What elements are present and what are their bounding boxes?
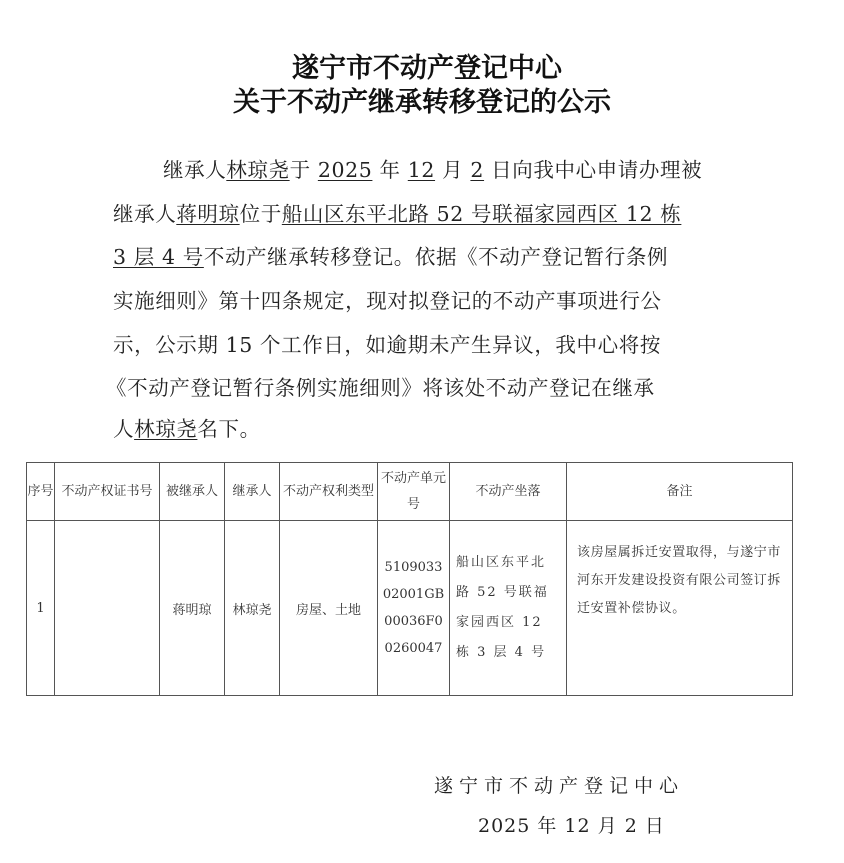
- body-text: 年: [372, 158, 407, 182]
- body-text: 月: [435, 158, 470, 182]
- cell-decedent: 蒋明琼: [160, 521, 225, 696]
- body-text: 于: [290, 158, 318, 182]
- body-text: 人: [113, 417, 134, 441]
- header-location: 不动产坐落: [450, 463, 567, 521]
- decedent-name: 蒋明琼: [176, 202, 239, 226]
- body-paragraph-line1: 继承人林琼尧于 2025 年 12 月 2 日向我中心申请办理被: [163, 153, 702, 183]
- application-month: 12: [408, 158, 435, 182]
- table-header-row: 序号 不动产权证书号 被继承人 继承人 不动产权利类型 不动产单元号 不动产坐落…: [27, 463, 793, 521]
- application-day: 2: [470, 158, 484, 182]
- cell-unit-no: 510903302001GB00036F00260047: [378, 521, 450, 696]
- cell-cert-no: [55, 521, 160, 696]
- body-paragraph-line7: 人林琼尧名下。: [113, 412, 261, 442]
- body-text: 继承人: [113, 202, 176, 226]
- cell-note: 该房屋属拆迁安置取得，与遂宁市河东开发建设投资有限公司签订拆迁安置补偿协议。: [567, 521, 793, 696]
- body-paragraph-line2: 继承人蒋明琼位于船山区东平北路 52 号联福家园西区 12 栋: [113, 197, 681, 227]
- body-paragraph-line5: 示，公示期 15 个工作日，如逾期未产生异议，我中心将按: [113, 328, 661, 358]
- cell-heir: 林琼尧: [225, 521, 280, 696]
- header-note: 备注: [567, 463, 793, 521]
- signature-organization: 遂宁市不动产登记中心: [434, 771, 684, 798]
- signature-date: 2025 年 12 月 2 日: [478, 811, 665, 838]
- heir-name: 林琼尧: [226, 158, 289, 182]
- cell-right-type: 房屋、土地: [280, 521, 378, 696]
- body-text: 日向我中心申请办理被: [484, 158, 702, 182]
- property-address-cont: 3 层 4 号: [113, 245, 204, 269]
- header-cert-no: 不动产权证书号: [55, 463, 160, 521]
- property-address: 船山区东平北路 52 号联福家园西区 12 栋: [282, 202, 682, 226]
- body-text: 位于: [240, 202, 282, 226]
- body-paragraph-line6: 《不动产登记暂行条例实施细则》将该处不动产登记在继承: [106, 371, 655, 401]
- body-text: 名下。: [197, 417, 260, 441]
- body-paragraph-line3: 3 层 4 号不动产继承转移登记。依据《不动产登记暂行条例: [113, 240, 668, 270]
- header-seq: 序号: [27, 463, 55, 521]
- document-title-line2: 关于不动产继承转移登记的公示: [0, 80, 844, 119]
- cell-location: 船山区东平北路 52 号联福家园西区 12 栋 3 层 4 号: [450, 521, 567, 696]
- cell-seq: 1: [27, 521, 55, 696]
- body-text: 继承人: [163, 158, 226, 182]
- header-right-type: 不动产权利类型: [280, 463, 378, 521]
- body-text: 不动产继承转移登记。依据《不动产登记暂行条例: [204, 245, 668, 269]
- header-decedent: 被继承人: [160, 463, 225, 521]
- heir-name: 林琼尧: [134, 417, 197, 441]
- header-unit-no: 不动产单元号: [378, 463, 450, 521]
- header-heir: 继承人: [225, 463, 280, 521]
- table-row: 1 蒋明琼 林琼尧 房屋、土地 510903302001GB00036F0026…: [27, 521, 793, 696]
- registration-table: 序号 不动产权证书号 被继承人 继承人 不动产权利类型 不动产单元号 不动产坐落…: [26, 462, 793, 696]
- body-paragraph-line4: 实施细则》第十四条规定，现对拟登记的不动产事项进行公: [113, 284, 662, 314]
- application-year: 2025: [318, 158, 373, 182]
